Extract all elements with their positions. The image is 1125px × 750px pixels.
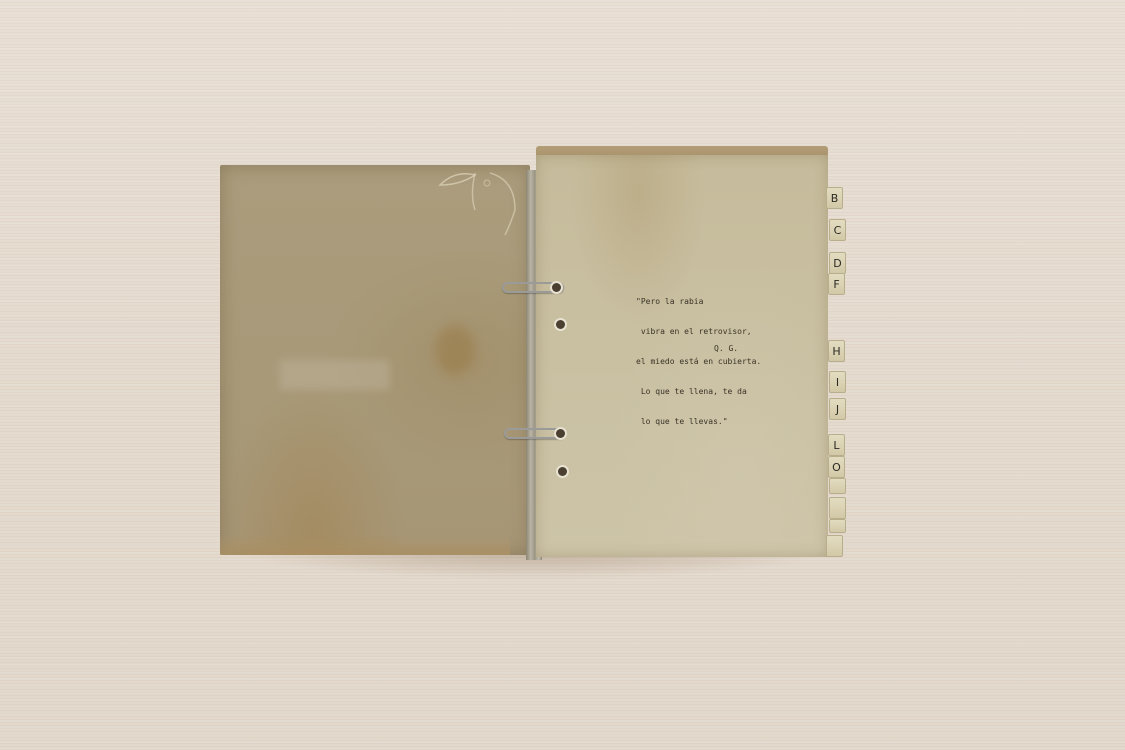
- right-page: "Pero la rabia vibra en el retrovisor, e…: [536, 155, 828, 557]
- typed-quote: "Pero la rabia vibra en el retrovisor, e…: [636, 277, 816, 447]
- punch-hole: [558, 467, 567, 476]
- index-tab-blank[interactable]: [829, 497, 846, 519]
- index-tab-blank[interactable]: [829, 478, 846, 494]
- index-tab-o[interactable]: O: [828, 456, 845, 478]
- quote-line: "Pero la rabia: [636, 297, 816, 307]
- quote-line: vibra en el retrovisor,: [636, 327, 816, 337]
- worn-bottom-edge: [220, 533, 510, 555]
- punch-hole: [556, 429, 565, 438]
- index-tab-c[interactable]: C: [829, 219, 846, 241]
- punch-hole: [552, 283, 561, 292]
- index-tab-blank[interactable]: [829, 519, 846, 533]
- index-tab-j[interactable]: J: [829, 398, 846, 420]
- index-tab-b[interactable]: B: [826, 187, 843, 209]
- worn-patch: [280, 360, 390, 390]
- signature: Q. G.: [714, 344, 738, 353]
- index-tab-blank[interactable]: [826, 535, 843, 557]
- quote-line: lo que te llevas.": [636, 417, 816, 427]
- index-tab-i[interactable]: I: [829, 371, 846, 393]
- embossed-leaf-icon: [430, 165, 520, 255]
- index-tab-l[interactable]: L: [828, 434, 845, 456]
- punch-hole: [556, 320, 565, 329]
- quote-line: el miedo está en cubierta.: [636, 357, 816, 367]
- index-tab-h[interactable]: H: [828, 340, 845, 362]
- index-tab-f[interactable]: F: [828, 273, 845, 295]
- water-stain: [435, 325, 475, 375]
- quote-line: Lo que te llena, te da: [636, 387, 816, 397]
- index-tab-d[interactable]: D: [829, 252, 846, 274]
